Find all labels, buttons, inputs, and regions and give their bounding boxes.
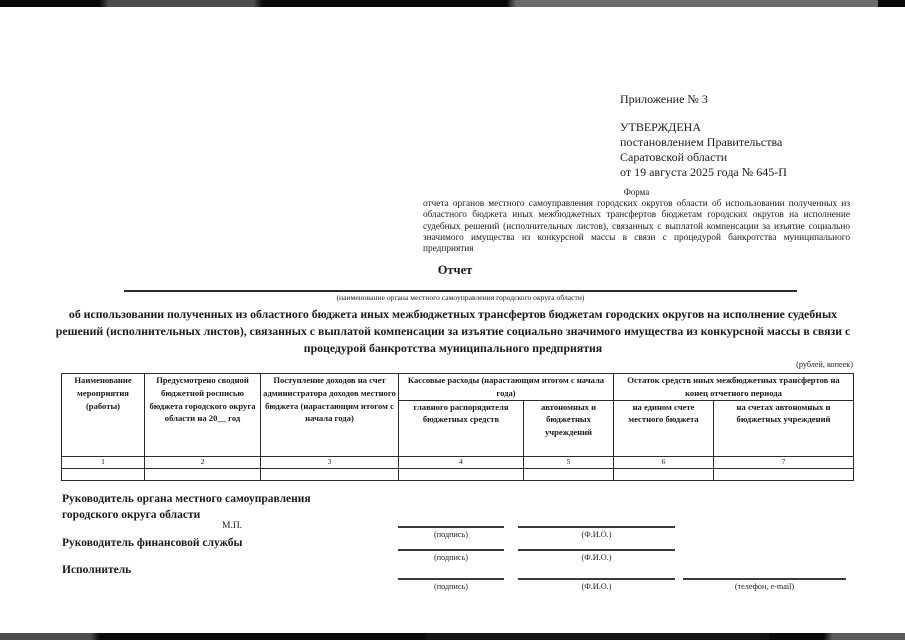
document-page: Приложение № 3 УТВЕРЖДЕНА постановлением…: [0, 0, 905, 640]
group-header-balance: Остаток средств иных межбюджетных трансф…: [614, 374, 854, 401]
empty-data-row: [62, 468, 854, 480]
name-blank-line: [518, 549, 675, 551]
report-subtitle: об использовании полученных из областног…: [53, 306, 853, 357]
name-caption: (Ф.И.О.): [518, 530, 675, 539]
signature-caption: (подпись): [398, 530, 504, 539]
signature-caption: (подпись): [398, 582, 504, 591]
empty-cell: [524, 468, 614, 480]
empty-cell: [714, 468, 854, 480]
empty-cell: [399, 468, 524, 480]
name-blank-line: [518, 526, 675, 528]
approval-block: Приложение № 3 УТВЕРЖДЕНА постановлением…: [620, 92, 902, 180]
scan-artifact-bottom-bar: [0, 633, 905, 640]
column-number: 4: [399, 456, 524, 468]
column-number: 3: [261, 456, 399, 468]
column-number: 5: [524, 456, 614, 468]
empty-cell: [261, 468, 399, 480]
seal-placeholder: М.П.: [222, 521, 242, 531]
column-numbers-row: 1 2 3 4 5 6 7: [62, 456, 854, 468]
column-number: 1: [62, 456, 145, 468]
contact-blank-line: [683, 578, 846, 580]
signature-blank-line: [398, 578, 504, 580]
signature-title-executor: Исполнитель: [62, 563, 131, 579]
contact-caption: (телефон, e-mail): [683, 582, 846, 591]
signature-title-head-line1: Руководитель органа местного самоуправле…: [62, 492, 311, 508]
col-header-balance-account: на едином счете местного бюджета: [614, 400, 714, 456]
scan-artifact-top-bar: [0, 0, 905, 7]
form-label: Форма: [423, 187, 850, 197]
group-header-cash-expenses: Кассовые расходы (нарастающим итогом с н…: [399, 374, 614, 401]
signature-caption: (подпись): [398, 553, 504, 562]
name-caption: (Ф.И.О.): [518, 553, 675, 562]
approval-line: от 19 августа 2025 года № 645-П: [620, 165, 902, 180]
signature-blank-line: [398, 549, 504, 551]
empty-cell: [614, 468, 714, 480]
name-blank-line: [518, 578, 675, 580]
appendix-number: Приложение № 3: [620, 92, 902, 107]
units-note: (рублей, копеек): [553, 360, 853, 369]
signature-title-finance: Руководитель финансовой службы: [62, 536, 242, 552]
col-header-planned: Предусмотрено сводной бюджетной росписью…: [145, 374, 261, 457]
empty-cell: [62, 468, 145, 480]
report-table: Наименование мероприятия (работы) Предус…: [61, 373, 854, 481]
signature-title-head-line2: городского округа области: [62, 508, 311, 524]
col-header-cash-grbs: главного распорядителя бюджетных средств: [399, 400, 524, 456]
column-number: 6: [614, 456, 714, 468]
org-name-caption: (наименование органа местного самоуправл…: [124, 293, 797, 302]
form-description: отчета органов местного самоуправления г…: [423, 199, 850, 255]
org-name-blank-line: [124, 290, 797, 292]
signature-title-head: Руководитель органа местного самоуправле…: [62, 492, 311, 523]
col-header-activity: Наименование мероприятия (работы): [62, 374, 145, 457]
empty-cell: [145, 468, 261, 480]
approval-line: Саратовской области: [620, 150, 902, 165]
name-caption: (Ф.И.О.): [518, 582, 675, 591]
col-header-income: Поступление доходов на счет администрато…: [261, 374, 399, 457]
col-header-cash-institutions: автономных и бюджетных учреждений: [524, 400, 614, 456]
col-header-balance-institutions: на счетах автономных и бюджетных учрежде…: [714, 400, 854, 456]
report-title: Отчет: [60, 263, 850, 278]
signature-blank-line: [398, 526, 504, 528]
column-number: 2: [145, 456, 261, 468]
approval-line: постановлением Правительства: [620, 135, 902, 150]
column-number: 7: [714, 456, 854, 468]
approval-line: УТВЕРЖДЕНА: [620, 120, 902, 135]
